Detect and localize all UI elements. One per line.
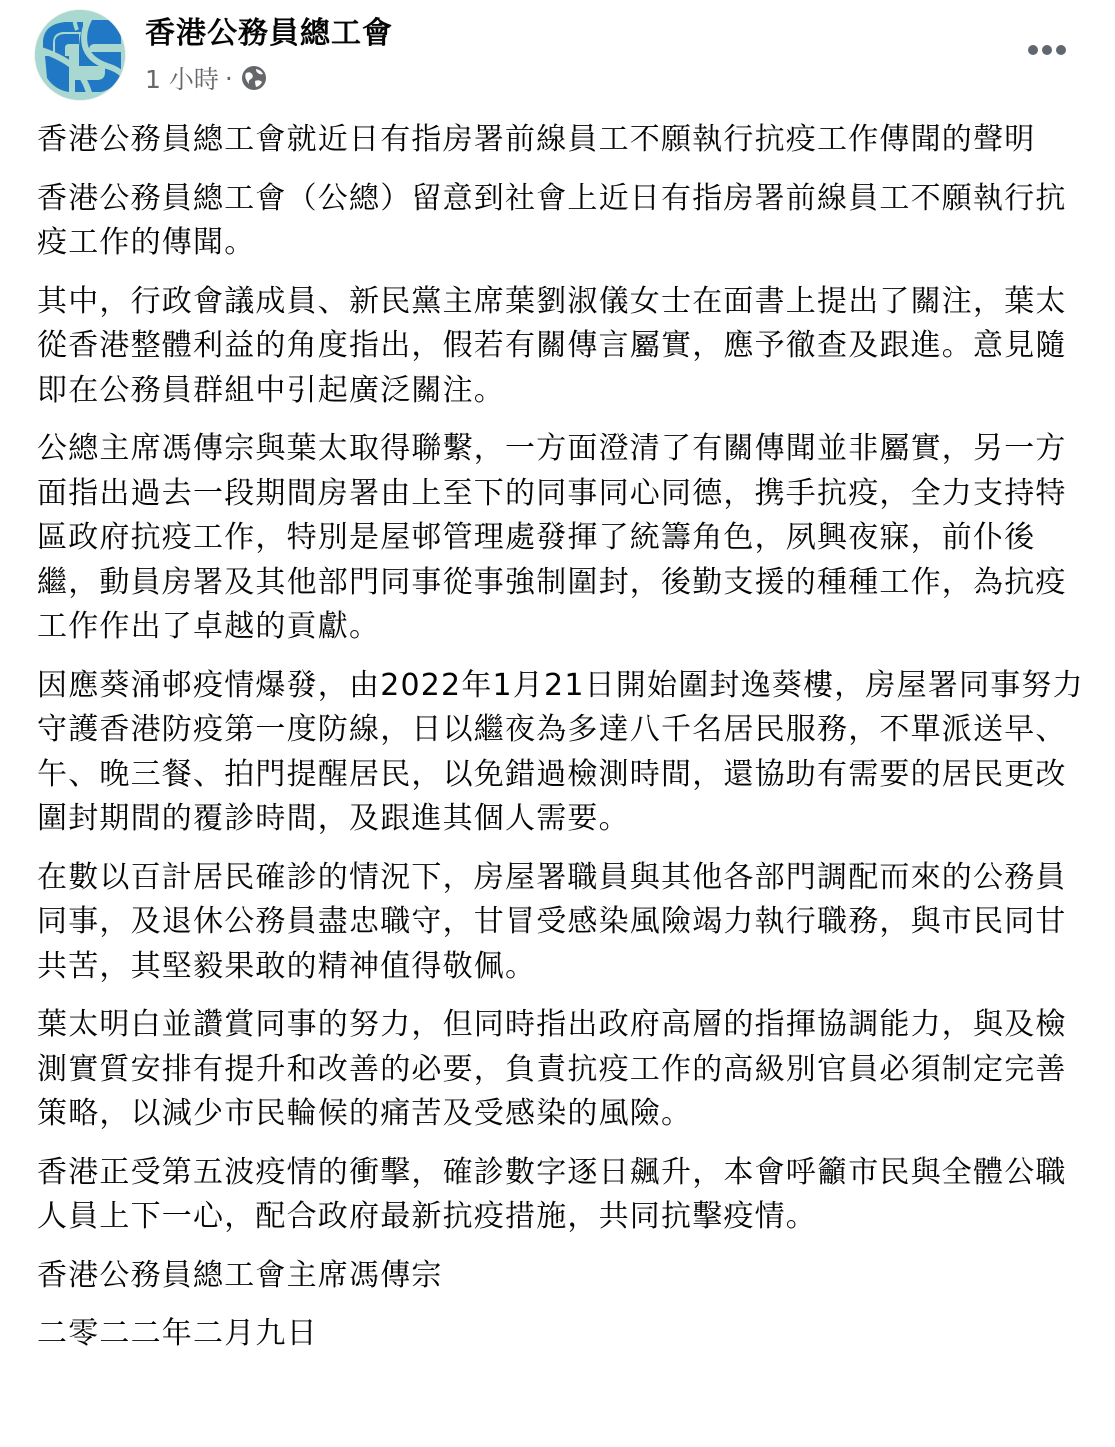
globe-icon[interactable]	[241, 65, 267, 91]
post-paragraph: 香港公務員總工會（公總）留意到社會上近日有指房署前線員工不願執行抗疫工作的傳聞。	[37, 177, 1087, 266]
post-timestamp[interactable]: 1 小時	[145, 60, 219, 96]
post-header: 香港公務員總工會 1 小時 ·	[0, 0, 1115, 108]
more-horizontal-icon	[1056, 45, 1066, 55]
post-paragraph: 葉太明白並讚賞同事的努力，但同時指出政府高層的指揮協調能力，與及檢測實質安排有提…	[37, 1003, 1087, 1137]
post-paragraph: 其中，行政會議成員、新民黨主席葉劉淑儀女士在面書上提出了關注，葉太從香港整體利益…	[37, 280, 1087, 414]
post-signature: 香港公務員總工會主席馮傳宗	[37, 1254, 1087, 1299]
post-title-paragraph: 香港公務員總工會就近日有指房署前線員工不願執行抗疫工作傳聞的聲明	[37, 118, 1087, 163]
post-paragraph: 香港正受第五波疫情的衝擊，確診數字逐日飆升，本會呼籲市民與全體公職人員上下一心，…	[37, 1151, 1087, 1240]
post-paragraph: 在數以百計居民確診的情況下，房屋署職員與其他各部門調配而來的公務員同事，及退休公…	[37, 856, 1087, 990]
meta-separator: ·	[225, 64, 233, 93]
post-body: 香港公務員總工會就近日有指房署前線員工不願執行抗疫工作傳聞的聲明 香港公務員總工…	[37, 118, 1087, 1371]
post-paragraph: 因應葵涌邨疫情爆發，由2022年1月21日開始圍封逸葵樓，房屋署同事努力守護香港…	[37, 664, 1087, 842]
more-options-button[interactable]	[1022, 30, 1072, 70]
more-horizontal-icon	[1028, 45, 1038, 55]
post-paragraph: 公總主席馮傳宗與葉太取得聯繫，一方面澄清了有關傳聞並非屬實，另一方面指出過去一段…	[37, 427, 1087, 650]
post-date: 二零二二年二月九日	[37, 1312, 1087, 1357]
page-name[interactable]: 香港公務員總工會	[145, 14, 393, 54]
post-meta: 1 小時 ·	[145, 60, 267, 96]
gs-union-logo-icon	[35, 10, 125, 100]
page-avatar[interactable]	[35, 10, 125, 100]
more-horizontal-icon	[1042, 45, 1052, 55]
